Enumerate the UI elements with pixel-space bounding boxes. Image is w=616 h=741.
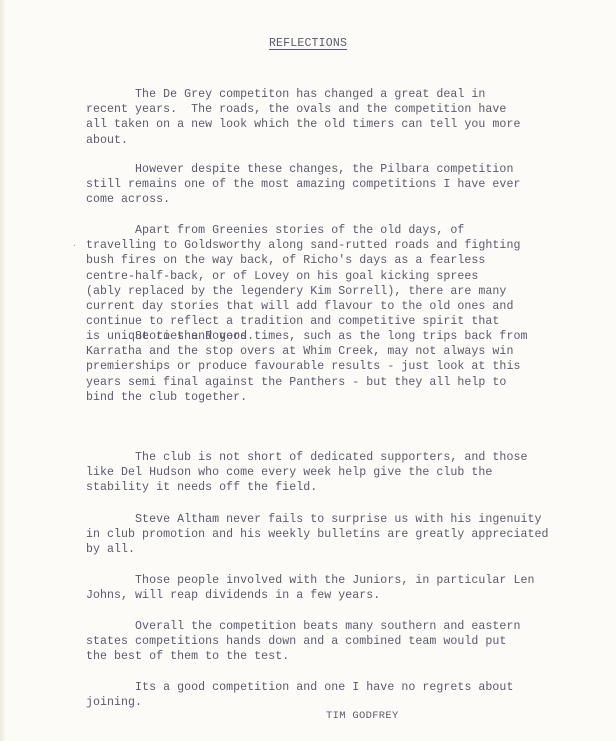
paragraph: The club is not short of dedicated suppo… — [86, 450, 556, 496]
paragraph: Apart from Greenies stories of the old d… — [86, 223, 556, 345]
paper-edge — [0, 0, 6, 741]
stray-mark: . — [72, 240, 77, 249]
paragraph: The De Grey competiton has changed a gre… — [86, 87, 556, 148]
paragraph: Those people involved with the Juniors, … — [86, 573, 556, 603]
paragraph: Steve Altham never fails to surprise us … — [86, 512, 556, 558]
paragraph: Overall the competition beats many south… — [86, 619, 556, 665]
paragraph: Its a good competition and one I have no… — [86, 680, 556, 710]
paragraph: However despite these changes, the Pilba… — [86, 162, 556, 208]
paragraph: Stories and good times, such as the long… — [86, 329, 556, 405]
signature: TIM GODFREY — [326, 710, 399, 722]
page-title: REFLECTIONS — [0, 37, 616, 50]
